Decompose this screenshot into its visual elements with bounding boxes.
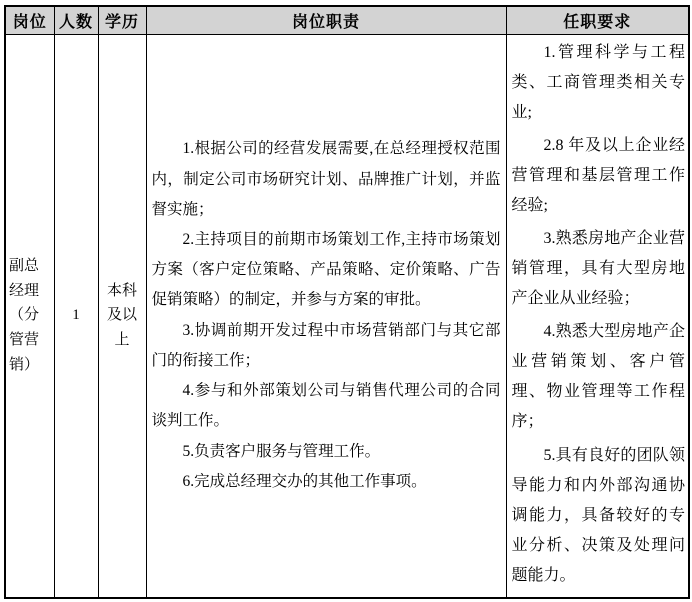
headcount-cell: 1 bbox=[54, 34, 98, 598]
requirements-list: 1.管理科学与工程类、工商管理类相关专业;2.8 年及以上企业经营管理和基层管理… bbox=[512, 38, 686, 591]
responsibilities-cell: 1.根据公司的经营发展需要,在总经理授权范围内，制定公司市场研究计划、品牌推广计… bbox=[146, 34, 506, 598]
header-responsibilities: 岗位职责 bbox=[146, 6, 506, 34]
education-cell: 本科及以上 bbox=[98, 34, 146, 598]
header-row: 岗位 人数 学历 岗位职责 任职要求 bbox=[5, 6, 689, 34]
job-posting-page: 岗位 人数 学历 岗位职责 任职要求 副总经理（分管营销） 1 本科及以上 1.… bbox=[0, 0, 692, 602]
responsibility-item: 5.负责客户服务与管理工作。 bbox=[152, 437, 501, 467]
responsibility-item: 4.参与和外部策划公司与销售代理公司的合同谈判工作。 bbox=[152, 376, 501, 436]
responsibility-item: 6.完成总经理交办的其他工作事项。 bbox=[152, 467, 501, 497]
responsibility-item: 1.根据公司的经营发展需要,在总经理授权范围内，制定公司市场研究计划、品牌推广计… bbox=[152, 134, 501, 225]
requirement-item: 1.管理科学与工程类、工商管理类相关专业; bbox=[512, 38, 686, 128]
requirement-item: 5.具有良好的团队领导能力和内外部沟通协调能力，具备较好的专业分析、决策及处理问… bbox=[512, 441, 686, 591]
job-posting-table: 岗位 人数 学历 岗位职责 任职要求 副总经理（分管营销） 1 本科及以上 1.… bbox=[4, 5, 690, 599]
header-education: 学历 bbox=[98, 6, 146, 34]
header-requirements: 任职要求 bbox=[506, 6, 689, 34]
responsibility-item: 3.协调前期开发过程中市场营销部门与其它部门的衔接工作； bbox=[152, 316, 501, 376]
requirements-cell: 1.管理科学与工程类、工商管理类相关专业;2.8 年及以上企业经营管理和基层管理… bbox=[506, 34, 689, 598]
position-cell: 副总经理（分管营销） bbox=[5, 34, 54, 598]
requirement-item: 4.熟悉大型房地产企业营销策划、客户管理、物业管理等工作程序； bbox=[512, 317, 686, 437]
responsibilities-list: 1.根据公司的经营发展需要,在总经理授权范围内，制定公司市场研究计划、品牌推广计… bbox=[152, 134, 501, 497]
header-position: 岗位 bbox=[5, 6, 54, 34]
requirement-item: 3.熟悉房地产企业营销管理，具有大型房地产企业从业经验； bbox=[512, 224, 686, 314]
table-row: 副总经理（分管营销） 1 本科及以上 1.根据公司的经营发展需要,在总经理授权范… bbox=[5, 34, 689, 598]
requirement-item: 2.8 年及以上企业经营管理和基层管理工作经验; bbox=[512, 131, 686, 221]
responsibility-item: 2.主持项目的前期市场策划工作,主持市场策划方案（客户定位策略、产品策略、定价策… bbox=[152, 225, 501, 316]
header-headcount: 人数 bbox=[54, 6, 98, 34]
